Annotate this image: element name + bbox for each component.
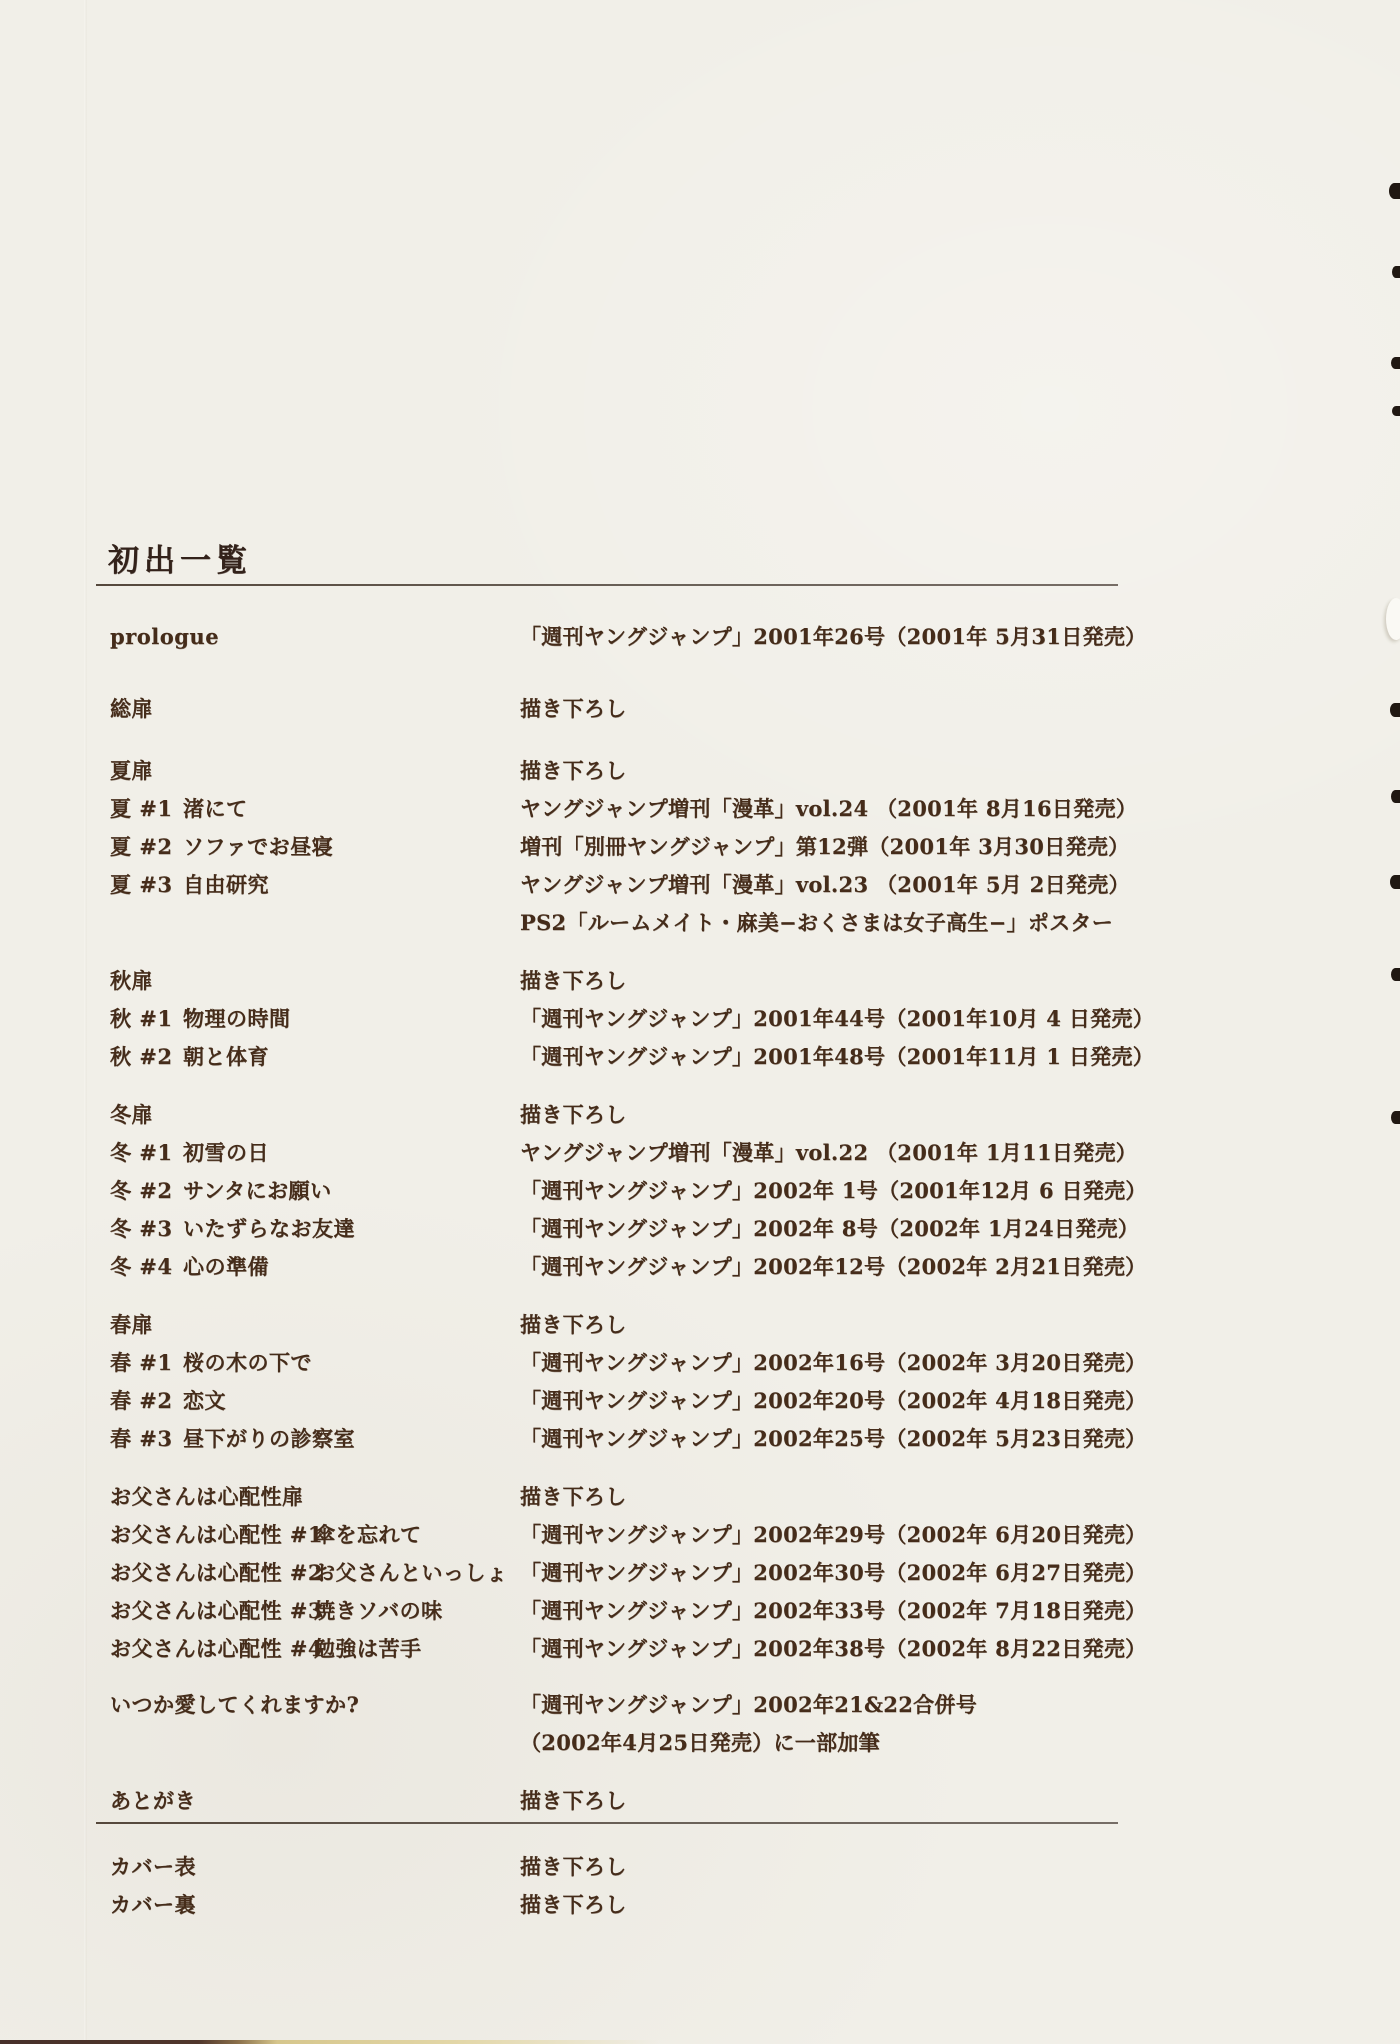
- row-left-cell: いつか愛してくれますか?: [110, 1686, 359, 1726]
- binder-hole-mark: [1390, 703, 1400, 717]
- work-subtitle: 心の準備: [183, 1248, 269, 1286]
- publication-info: 「週刊ヤングジャンプ」2002年33号（2002年 7月18日発売）: [520, 1592, 1146, 1630]
- list-row: PS2「ルームメイト・麻美−おくさまは女子高生−」ポスター: [0, 904, 1400, 942]
- binder-hole-mark: [1390, 875, 1400, 889]
- work-subtitle: 初雪の日: [183, 1134, 269, 1172]
- publication-info: 「週刊ヤングジャンプ」2002年20号（2002年 4月18日発売）: [520, 1382, 1146, 1420]
- publication-info: 描き下ろし: [520, 1782, 627, 1820]
- work-subtitle: 恋文: [183, 1382, 226, 1420]
- binder-hole-mark: [1391, 968, 1400, 981]
- list-group: 総扉描き下ろし: [0, 690, 1400, 728]
- row-left-cell: 夏 #2ソファでお昼寝: [110, 828, 333, 868]
- publication-info: 「週刊ヤングジャンプ」2002年38号（2002年 8月22日発売）: [520, 1630, 1146, 1668]
- list-row: 冬扉描き下ろし: [0, 1096, 1400, 1134]
- list-row: 夏 #2ソファでお昼寝増刊「別冊ヤングジャンプ」第12弾（2001年 3月30日…: [0, 828, 1400, 866]
- row-left-cell: 春扉: [110, 1306, 153, 1346]
- publication-info: 「週刊ヤングジャンプ」2002年25号（2002年 5月23日発売）: [520, 1420, 1146, 1458]
- list-group: 夏扉描き下ろし夏 #1渚にてヤングジャンプ増刊「漫革」vol.24 （2001年…: [0, 752, 1400, 942]
- publication-info: 「週刊ヤングジャンプ」2002年 1号（2001年12月 6 日発売）: [520, 1172, 1147, 1210]
- list-row: 冬 #2サンタにお願い「週刊ヤングジャンプ」2002年 1号（2001年12月 …: [0, 1172, 1400, 1210]
- work-title: お父さんは心配性扉: [110, 1478, 304, 1516]
- work-title: 春扉: [110, 1306, 153, 1344]
- row-left-cell: お父さんは心配性扉: [110, 1478, 304, 1518]
- divider-line-bottom: [96, 1822, 1118, 1824]
- publication-info: 「週刊ヤングジャンプ」2002年21&22合併号: [520, 1686, 977, 1724]
- list-row: 夏 #1渚にてヤングジャンプ増刊「漫革」vol.24 （2001年 8月16日発…: [0, 790, 1400, 828]
- work-title: 冬 #1: [110, 1134, 183, 1172]
- row-left-cell: 総扉: [110, 690, 153, 730]
- list-row: お父さんは心配性 #2お父さんといっしょ「週刊ヤングジャンプ」2002年30号（…: [0, 1554, 1400, 1592]
- row-left-cell: お父さんは心配性 #4勉強は苦手: [110, 1630, 422, 1670]
- work-title: 夏 #2: [110, 828, 183, 866]
- work-title: 冬 #4: [110, 1248, 183, 1286]
- list-group: あとがき描き下ろし: [0, 1782, 1400, 1820]
- list-row: いつか愛してくれますか?「週刊ヤングジャンプ」2002年21&22合併号: [0, 1686, 1400, 1724]
- work-subtitle: 傘を忘れて: [314, 1516, 422, 1554]
- list-row: （2002年4月25日発売）に一部加筆: [0, 1724, 1400, 1762]
- work-subtitle: 自由研究: [183, 866, 269, 904]
- publication-info: 描き下ろし: [520, 1886, 627, 1924]
- list-row: 夏扉描き下ろし: [0, 752, 1400, 790]
- list-row: お父さんは心配性 #3焼きソバの味「週刊ヤングジャンプ」2002年33号（200…: [0, 1592, 1400, 1630]
- list-row: お父さんは心配性扉描き下ろし: [0, 1478, 1400, 1516]
- work-title: prologue: [110, 618, 219, 656]
- publication-info: 「週刊ヤングジャンプ」2002年29号（2002年 6月20日発売）: [520, 1516, 1146, 1554]
- work-title: いつか愛してくれますか?: [110, 1686, 359, 1724]
- list-row: 冬 #1初雪の日ヤングジャンプ増刊「漫革」vol.22 （2001年 1月11日…: [0, 1134, 1400, 1172]
- row-left-cell: 春 #1桜の木の下で: [110, 1344, 312, 1384]
- work-subtitle: 朝と体育: [183, 1038, 269, 1076]
- work-title: お父さんは心配性 #3: [110, 1592, 314, 1630]
- list-row: 冬 #4心の準備「週刊ヤングジャンプ」2002年12号（2002年 2月21日発…: [0, 1248, 1400, 1286]
- row-left-cell: お父さんは心配性 #3焼きソバの味: [110, 1592, 443, 1632]
- list-group: 秋扉描き下ろし秋 #1物理の時間「週刊ヤングジャンプ」2001年44号（2001…: [0, 962, 1400, 1076]
- list-row: 春扉描き下ろし: [0, 1306, 1400, 1344]
- page-edge-shadow: [0, 2040, 660, 2044]
- list-row: カバー裏描き下ろし: [0, 1886, 1400, 1924]
- list-row: 春 #2恋文「週刊ヤングジャンプ」2002年20号（2002年 4月18日発売）: [0, 1382, 1400, 1420]
- work-subtitle: 桜の木の下で: [183, 1344, 312, 1382]
- publication-info: 描き下ろし: [520, 1306, 627, 1344]
- publication-info: 「週刊ヤングジャンプ」2001年26号（2001年 5月31日発売）: [520, 618, 1146, 656]
- paper-tear-mark: [1386, 598, 1400, 640]
- publication-info: 「週刊ヤングジャンプ」2002年 8号（2002年 1月24日発売）: [520, 1210, 1139, 1248]
- work-subtitle: サンタにお願い: [183, 1172, 332, 1210]
- row-left-cell: カバー裏: [110, 1886, 196, 1926]
- row-left-cell: 冬 #2サンタにお願い: [110, 1172, 332, 1212]
- list-row: 夏 #3自由研究ヤングジャンプ増刊「漫革」vol.23 （2001年 5月 2日…: [0, 866, 1400, 904]
- list-row: カバー表描き下ろし: [0, 1848, 1400, 1886]
- work-subtitle: いたずらなお友達: [183, 1210, 355, 1248]
- work-title: 夏 #1: [110, 790, 183, 828]
- work-title: 冬 #2: [110, 1172, 183, 1210]
- work-title: カバー表: [110, 1848, 196, 1886]
- list-group: 冬扉描き下ろし冬 #1初雪の日ヤングジャンプ増刊「漫革」vol.22 （2001…: [0, 1096, 1400, 1286]
- work-title: 春 #3: [110, 1420, 183, 1458]
- list-group: いつか愛してくれますか?「週刊ヤングジャンプ」2002年21&22合併号（200…: [0, 1686, 1400, 1762]
- work-title: 秋 #1: [110, 1000, 183, 1038]
- publication-info: 描き下ろし: [520, 1848, 627, 1886]
- row-left-cell: お父さんは心配性 #2お父さんといっしょ: [110, 1554, 508, 1594]
- list-group: お父さんは心配性扉描き下ろしお父さんは心配性 #1傘を忘れて「週刊ヤングジャンプ…: [0, 1478, 1400, 1668]
- publication-info: ヤングジャンプ増刊「漫革」vol.24 （2001年 8月16日発売）: [520, 790, 1137, 828]
- row-left-cell: あとがき: [110, 1782, 196, 1822]
- work-subtitle: 昼下がりの診察室: [183, 1420, 355, 1458]
- row-left-cell: 秋扉: [110, 962, 153, 1002]
- list-row: 総扉描き下ろし: [0, 690, 1400, 728]
- publication-info: 「週刊ヤングジャンプ」2001年44号（2001年10月 4 日発売）: [520, 1000, 1154, 1038]
- row-left-cell: 夏 #3自由研究: [110, 866, 269, 906]
- work-subtitle: 焼きソバの味: [314, 1592, 443, 1630]
- row-left-cell: 冬扉: [110, 1096, 153, 1136]
- work-title: 秋扉: [110, 962, 153, 1000]
- work-subtitle: ソファでお昼寝: [183, 828, 333, 866]
- publication-info: 描き下ろし: [520, 962, 627, 1000]
- page-title: 初出一覧: [108, 535, 252, 580]
- publication-info: 「週刊ヤングジャンプ」2002年30号（2002年 6月27日発売）: [520, 1554, 1146, 1592]
- row-left-cell: 夏扉: [110, 752, 153, 792]
- list-row: 冬 #3いたずらなお友達「週刊ヤングジャンプ」2002年 8号（2002年 1月…: [0, 1210, 1400, 1248]
- work-subtitle: 勉強は苦手: [314, 1630, 422, 1668]
- binder-hole-mark: [1392, 266, 1400, 278]
- work-title: 冬扉: [110, 1096, 153, 1134]
- row-left-cell: 秋 #1物理の時間: [110, 1000, 291, 1040]
- publication-info: ヤングジャンプ増刊「漫革」vol.23 （2001年 5月 2日発売）: [520, 866, 1130, 904]
- list-row: 春 #1桜の木の下で「週刊ヤングジャンプ」2002年16号（2002年 3月20…: [0, 1344, 1400, 1382]
- publication-info: 描き下ろし: [520, 690, 627, 728]
- binder-hole-mark: [1391, 357, 1400, 369]
- work-title: 総扉: [110, 690, 153, 728]
- work-title: 冬 #3: [110, 1210, 183, 1248]
- publication-info: ヤングジャンプ増刊「漫革」vol.22 （2001年 1月11日発売）: [520, 1134, 1137, 1172]
- binder-hole-mark: [1389, 183, 1400, 199]
- work-title: 春 #1: [110, 1344, 183, 1382]
- publication-info: 描き下ろし: [520, 1478, 627, 1516]
- work-title: 春 #2: [110, 1382, 183, 1420]
- list-row: お父さんは心配性 #4勉強は苦手「週刊ヤングジャンプ」2002年38号（2002…: [0, 1630, 1400, 1668]
- row-left-cell: 冬 #4心の準備: [110, 1248, 269, 1288]
- work-subtitle: お父さんといっしょ: [314, 1554, 508, 1592]
- work-title: あとがき: [110, 1782, 196, 1820]
- list-row: あとがき描き下ろし: [0, 1782, 1400, 1820]
- list-row: 秋 #2朝と体育「週刊ヤングジャンプ」2001年48号（2001年11月 1 日…: [0, 1038, 1400, 1076]
- row-left-cell: お父さんは心配性 #1傘を忘れて: [110, 1516, 422, 1556]
- publication-info: PS2「ルームメイト・麻美−おくさまは女子高生−」ポスター: [520, 904, 1113, 942]
- work-subtitle: 渚にて: [183, 790, 248, 828]
- list-row: 春 #3昼下がりの診察室「週刊ヤングジャンプ」2002年25号（2002年 5月…: [0, 1420, 1400, 1458]
- row-left-cell: 春 #2恋文: [110, 1382, 226, 1422]
- work-title: お父さんは心配性 #1: [110, 1516, 314, 1554]
- binder-hole-mark: [1392, 406, 1400, 416]
- publication-info: 増刊「別冊ヤングジャンプ」第12弾（2001年 3月30日発売）: [520, 828, 1129, 866]
- publication-info: 「週刊ヤングジャンプ」2002年12号（2002年 2月21日発売）: [520, 1248, 1146, 1286]
- list-group: 春扉描き下ろし春 #1桜の木の下で「週刊ヤングジャンプ」2002年16号（200…: [0, 1306, 1400, 1458]
- list-row: お父さんは心配性 #1傘を忘れて「週刊ヤングジャンプ」2002年29号（2002…: [0, 1516, 1400, 1554]
- work-title: 秋 #2: [110, 1038, 183, 1076]
- publication-info: 「週刊ヤングジャンプ」2001年48号（2001年11月 1 日発売）: [520, 1038, 1154, 1076]
- scanned-book-page: 初出一覧 prologue「週刊ヤングジャンプ」2001年26号（2001年 5…: [0, 0, 1400, 2044]
- work-title: 夏 #3: [110, 866, 183, 904]
- publication-info: 描き下ろし: [520, 752, 627, 790]
- divider-line-top: [96, 584, 1118, 586]
- list-row: prologue「週刊ヤングジャンプ」2001年26号（2001年 5月31日発…: [0, 618, 1400, 656]
- binder-hole-mark: [1391, 790, 1400, 803]
- publication-info: （2002年4月25日発売）に一部加筆: [520, 1724, 880, 1762]
- work-title: カバー裏: [110, 1886, 196, 1924]
- list-row: 秋 #1物理の時間「週刊ヤングジャンプ」2001年44号（2001年10月 4 …: [0, 1000, 1400, 1038]
- row-left-cell: 秋 #2朝と体育: [110, 1038, 269, 1078]
- work-title: 夏扉: [110, 752, 153, 790]
- list-group: カバー表描き下ろしカバー裏描き下ろし: [0, 1848, 1400, 1924]
- work-title: お父さんは心配性 #2: [110, 1554, 314, 1592]
- row-left-cell: 春 #3昼下がりの診察室: [110, 1420, 355, 1460]
- row-left-cell: prologue: [110, 618, 219, 658]
- binder-hole-mark: [1391, 1111, 1400, 1124]
- publication-info: 「週刊ヤングジャンプ」2002年16号（2002年 3月20日発売）: [520, 1344, 1146, 1382]
- list-group: prologue「週刊ヤングジャンプ」2001年26号（2001年 5月31日発…: [0, 618, 1400, 656]
- row-left-cell: 冬 #3いたずらなお友達: [110, 1210, 355, 1250]
- publication-info: 描き下ろし: [520, 1096, 627, 1134]
- work-subtitle: 物理の時間: [183, 1000, 291, 1038]
- list-row: 秋扉描き下ろし: [0, 962, 1400, 1000]
- row-left-cell: カバー表: [110, 1848, 196, 1888]
- row-left-cell: 夏 #1渚にて: [110, 790, 248, 830]
- row-left-cell: 冬 #1初雪の日: [110, 1134, 269, 1174]
- work-title: お父さんは心配性 #4: [110, 1630, 314, 1668]
